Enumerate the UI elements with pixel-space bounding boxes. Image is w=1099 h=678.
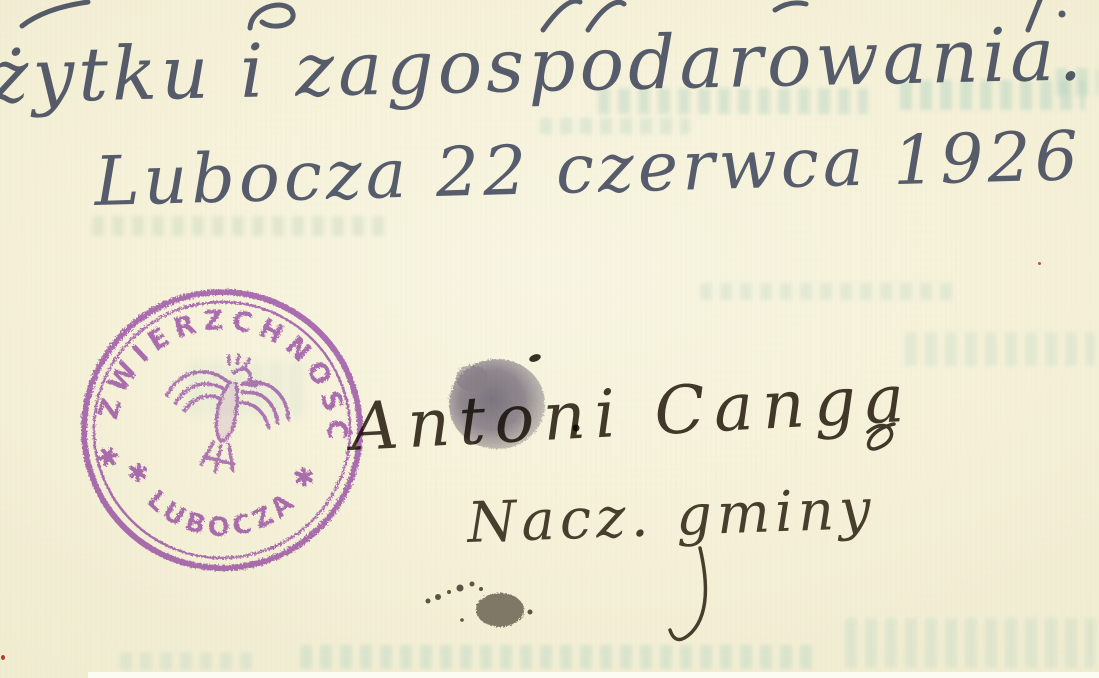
stamp-arc-bottom-text: ✱ LUBOCZA ✱ bbox=[118, 457, 325, 543]
signature-text: Antoni Canga bbox=[343, 360, 915, 467]
scanned-document-page: ✱ ZWIERZCHNOŚĆ ✱ LUBOCZA ✱ bbox=[0, 0, 1099, 678]
svg-text:✱ LUBOCZA ✱: ✱ LUBOCZA ✱ bbox=[118, 457, 325, 543]
ink-layer: ✱ ZWIERZCHNOŚĆ ✱ LUBOCZA ✱ bbox=[0, 0, 1099, 678]
ink-smudge-bottom bbox=[426, 582, 533, 628]
descender-flourish bbox=[670, 548, 705, 640]
polish-eagle-icon bbox=[155, 344, 298, 483]
handwritten-fragment-line: żytku i zagospodarowania. bbox=[0, 11, 1087, 120]
scan-edge-strip bbox=[88, 672, 1099, 678]
signature-title-text: Nacz. gminy bbox=[464, 477, 876, 556]
handwritten-date-line: Lubocza 22 czerwca 1926 r. bbox=[91, 115, 1099, 222]
official-stamp: ✱ ZWIERZCHNOŚĆ ✱ LUBOCZA ✱ bbox=[84, 292, 360, 568]
